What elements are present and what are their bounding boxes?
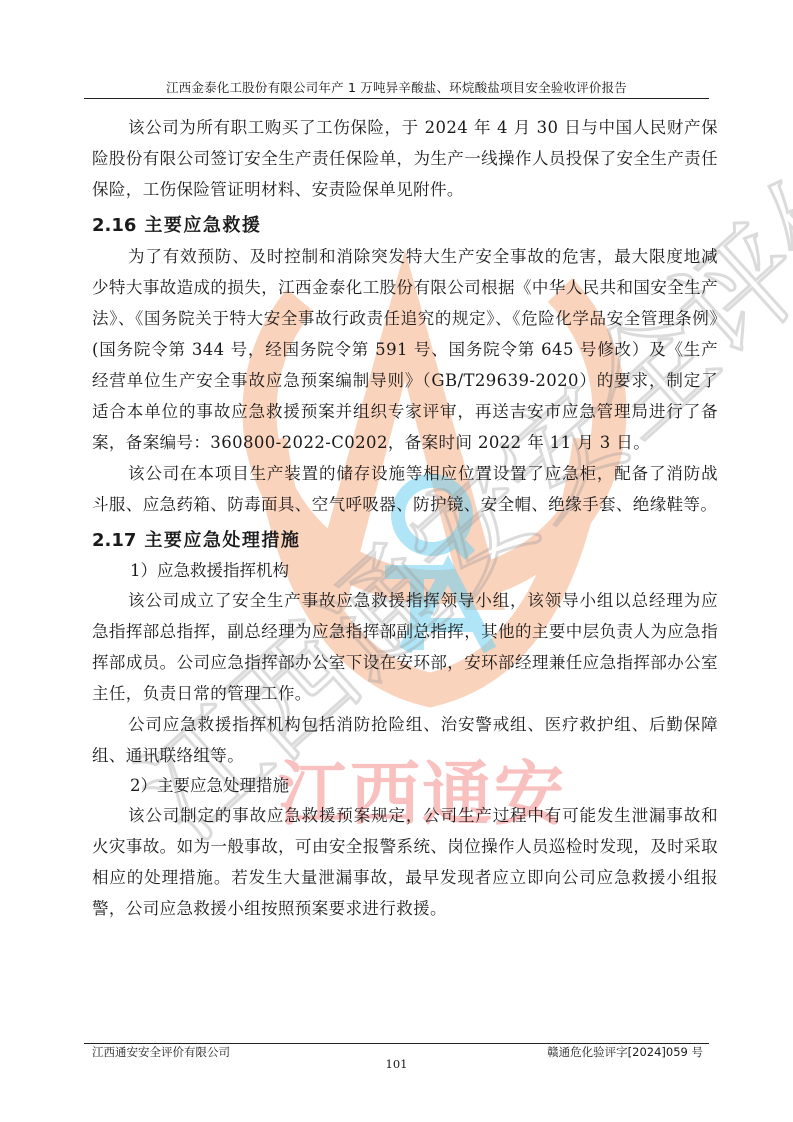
paragraph: 该公司成立了安全生产事故应急救援指挥领导小组，该领导小组以总经理为应急指挥部总指… (92, 585, 718, 709)
document-body: 该公司为所有职工购买了工伤保险，于 2024 年 4 月 30 日与中国人民财产… (92, 112, 718, 924)
section-title: 主要应急救援 (144, 215, 261, 236)
section-heading-2-17: 2.17主要应急处理措施 (92, 526, 718, 556)
section-number: 2.16 (92, 215, 136, 236)
page-number: 101 (0, 1057, 793, 1071)
document-page: 江西通安安全评价有限公司 江西通安 江西金泰化工股份有限公司年产 1 万吨异辛酸… (0, 0, 793, 1122)
intro-paragraph: 该公司为所有职工购买了工伤保险，于 2024 年 4 月 30 日与中国人民财产… (92, 112, 718, 205)
section-title: 主要应急处理措施 (144, 530, 300, 551)
subsection-label: 1）应急救援指挥机构 (92, 556, 718, 585)
section-number: 2.17 (92, 530, 136, 551)
paragraph: 该公司制定的事故应急救援预案规定，公司生产过程中有可能发生泄漏事故和火灾事故。如… (92, 800, 718, 924)
header-divider (84, 98, 709, 99)
paragraph: 该公司在本项目生产装置的储存设施等相应位置设置了应急柜，配备了消防战斗服、应急药… (92, 458, 718, 520)
subsection-label: 2）主要应急处理措施 (92, 771, 718, 800)
paragraph: 为了有效预防、及时控制和消除突发特大生产安全事故的危害，最大限度地减少特大事故造… (92, 241, 718, 458)
page-header-title: 江西金泰化工股份有限公司年产 1 万吨异辛酸盐、环烷酸盐项目安全验收评价报告 (84, 78, 709, 96)
section-heading-2-16: 2.16主要应急救援 (92, 211, 718, 241)
paragraph: 公司应急救援指挥机构包括消防抢险组、治安警戒组、医疗救护组、后勤保障组、通讯联络… (92, 709, 718, 771)
